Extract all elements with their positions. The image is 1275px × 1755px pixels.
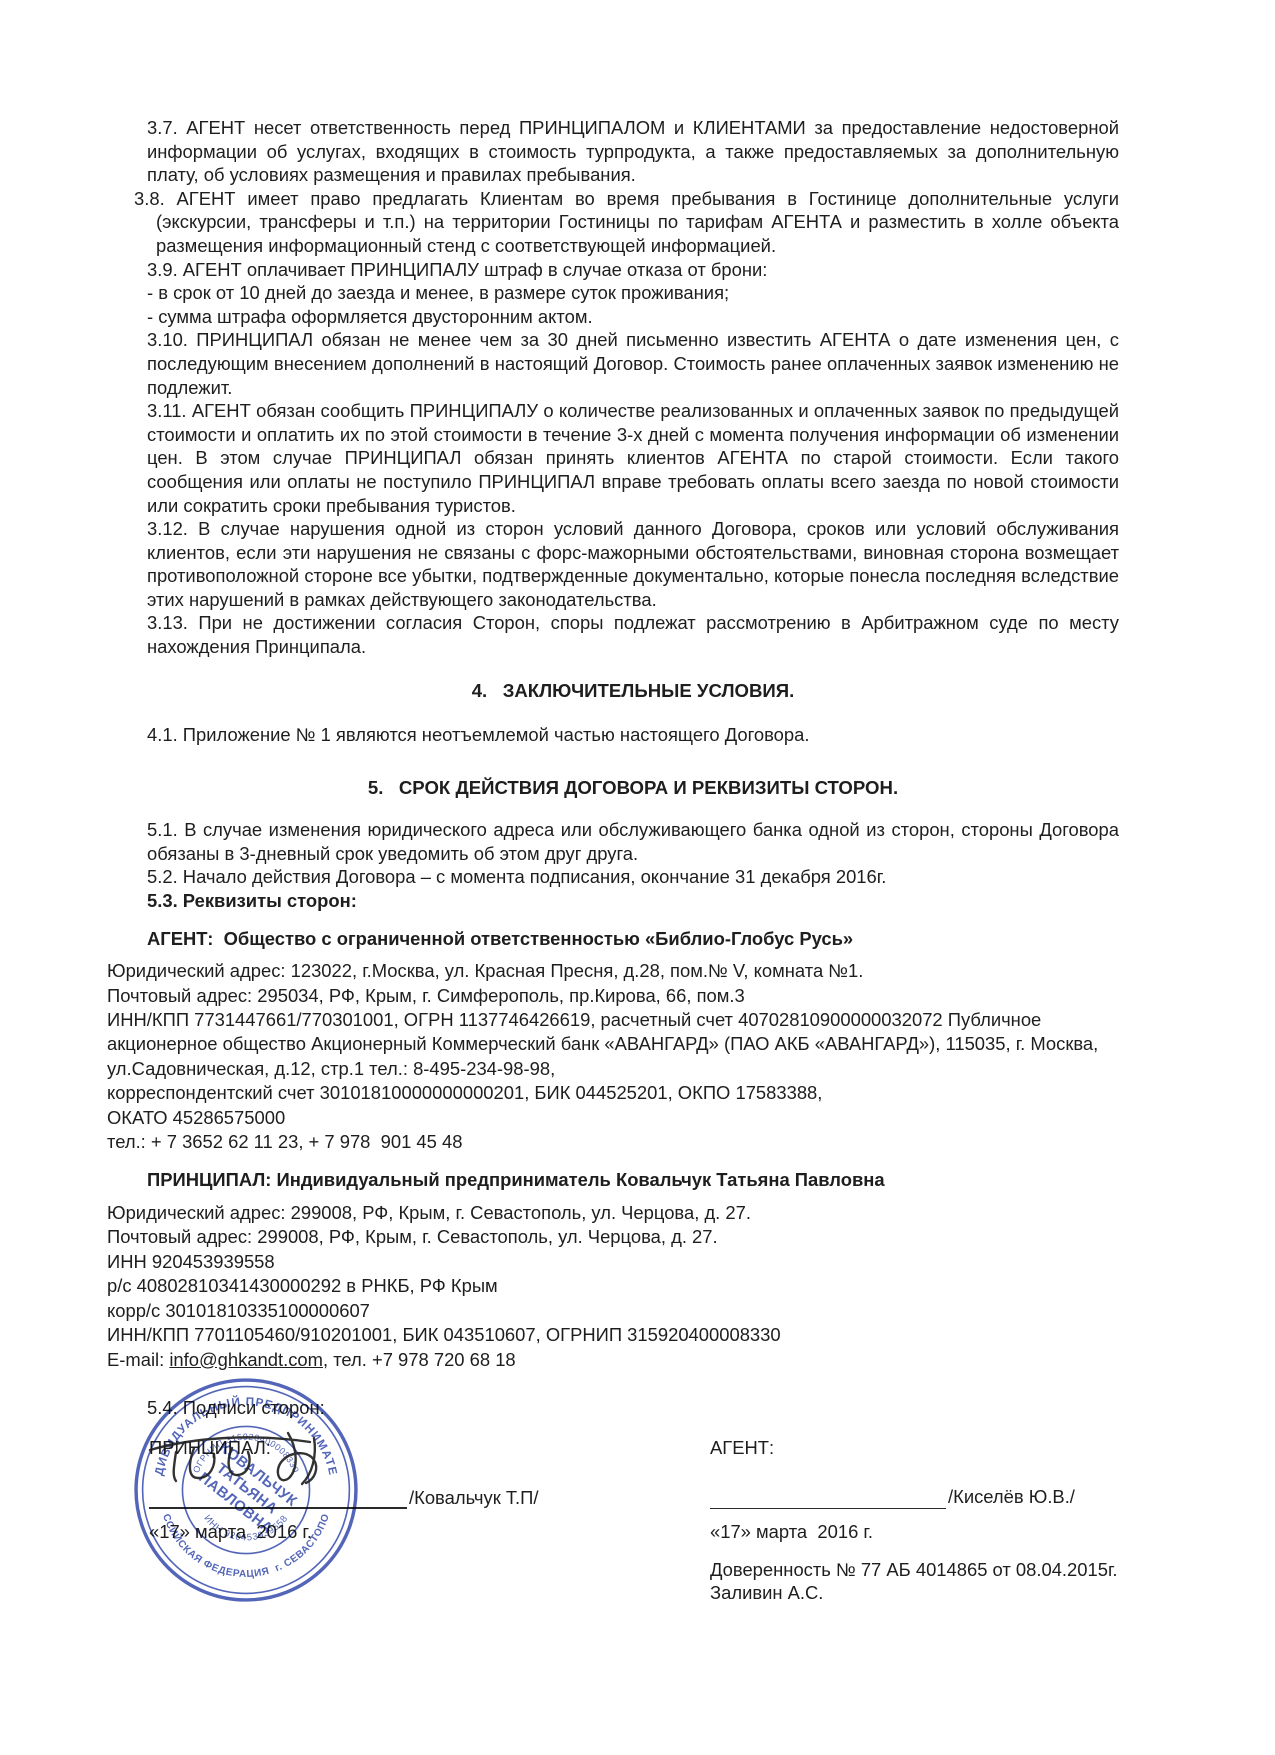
agent-requisite-line: Юридический адрес: 123022, г.Москва, ул.…: [107, 959, 1119, 983]
clause-3-11: 3.11. АГЕНТ обязан сообщить ПРИНЦИПАЛУ о…: [147, 399, 1119, 517]
clause-3-10: 3.10. ПРИНЦИПАЛ обязан не менее чем за 3…: [147, 328, 1119, 399]
agent-signature-name: /Киселёв Ю.В./: [946, 1485, 1075, 1509]
agent-signature-date: «17» марта 2016 г.: [710, 1520, 1150, 1544]
principal-phone: , тел. +7 978 720 68 18: [323, 1349, 516, 1370]
agent-requisite-line: ОКАТО 45286575000: [107, 1106, 1119, 1130]
principal-email-line: E-mail: info@ghkandt.com, тел. +7 978 72…: [107, 1348, 1119, 1372]
document-page: 3.7. АГЕНТ несет ответственность перед П…: [0, 0, 1275, 1755]
agent-phone-line: тел.: + 7 3652 62 11 23, + 7 978 901 45 …: [107, 1130, 1119, 1154]
section-5-heading: 5. СРОК ДЕЙСТВИЯ ДОГОВОРА И РЕКВИЗИТЫ СТ…: [147, 776, 1119, 800]
clause-5-1: 5.1. В случае изменения юридического адр…: [147, 818, 1119, 865]
email-label: E-mail:: [107, 1349, 169, 1370]
agent-power-of-attorney: Доверенность № 77 АБ 4014865 от 08.04.20…: [710, 1558, 1150, 1581]
principal-requisite-line: ИНН 920453939558: [107, 1250, 1119, 1274]
section-4-heading: 4. ЗАКЛЮЧИТЕЛЬНЫЕ УСЛОВИЯ.: [147, 679, 1119, 703]
agent-requisite-line: корреспондентский счет 30101810000000000…: [107, 1081, 1119, 1105]
principal-requisite-line: ИНН/КПП 7701105460/910201001, БИК 043510…: [107, 1323, 1119, 1347]
principal-requisite-line: Почтовый адрес: 299008, РФ, Крым, г. Сев…: [107, 1225, 1119, 1249]
clause-5-3: 5.3. Реквизиты сторон:: [147, 889, 1119, 913]
clause-3-7: 3.7. АГЕНТ несет ответственность перед П…: [147, 116, 1119, 187]
clause-5-2: 5.2. Начало действия Договора – с момент…: [147, 865, 1119, 889]
principal-requisite-line: Юридический адрес: 299008, РФ, Крым, г. …: [107, 1201, 1119, 1225]
clause-3-9-item-1: - в срок от 10 дней до заезда и менее, в…: [147, 281, 1119, 305]
principal-requisite-line: корр/с 30101810335100000607: [107, 1299, 1119, 1323]
agent-requisite-line: Почтовый адрес: 295034, РФ, Крым, г. Сим…: [107, 984, 1119, 1008]
principal-handwritten-signature: [136, 1418, 386, 1496]
agent-heading: АГЕНТ: Общество с ограниченной ответстве…: [147, 927, 1119, 951]
signature-strokes: [150, 1433, 316, 1484]
clause-3-13: 3.13. При не достижении согласия Сторон,…: [147, 611, 1119, 658]
principal-signature-name: /Ковальчук Т.П/: [407, 1486, 539, 1510]
clause-3-8: 3.8. АГЕНТ имеет право предлагать Клиент…: [147, 187, 1119, 258]
email-address: info@ghkandt.com: [169, 1349, 323, 1370]
agent-requisite-line: акционерное общество Акционерный Коммерч…: [107, 1032, 1119, 1056]
agent-poa-signer: Заливин А.С.: [710, 1581, 1150, 1605]
agent-requisite-line: ул.Садовническая, д.12, стр.1 тел.: 8-49…: [107, 1057, 1119, 1081]
principal-requisite-line: р/с 40802810341430000292 в РНКБ, РФ Крым: [107, 1274, 1119, 1298]
clause-3-12: 3.12. В случае нарушения одной из сторон…: [147, 517, 1119, 611]
clause-4-1: 4.1. Приложение № 1 являются неотъемлемо…: [147, 723, 1119, 747]
clause-3-9: 3.9. АГЕНТ оплачивает ПРИНЦИПАЛУ штраф в…: [147, 258, 1119, 282]
agent-signature-block: АГЕНТ: /Киселёв Ю.В./ «17» марта 2016 г.…: [710, 1436, 1150, 1605]
clause-3-9-item-2: - сумма штрафа оформляется двусторонним …: [147, 305, 1119, 329]
agent-signature-line: [710, 1486, 946, 1509]
principal-heading: ПРИНЦИПАЛ: Индивидуальный предпринимател…: [147, 1168, 1119, 1192]
agent-requisites: Юридический адрес: 123022, г.Москва, ул.…: [107, 959, 1119, 1154]
principal-requisites: Юридический адрес: 299008, РФ, Крым, г. …: [107, 1201, 1119, 1372]
agent-signature-row: /Киселёв Ю.В./: [710, 1485, 1150, 1509]
agent-requisite-line: ИНН/КПП 7731447661/770301001, ОГРН 11377…: [107, 1008, 1119, 1032]
agent-signature-label: АГЕНТ:: [710, 1436, 1150, 1460]
